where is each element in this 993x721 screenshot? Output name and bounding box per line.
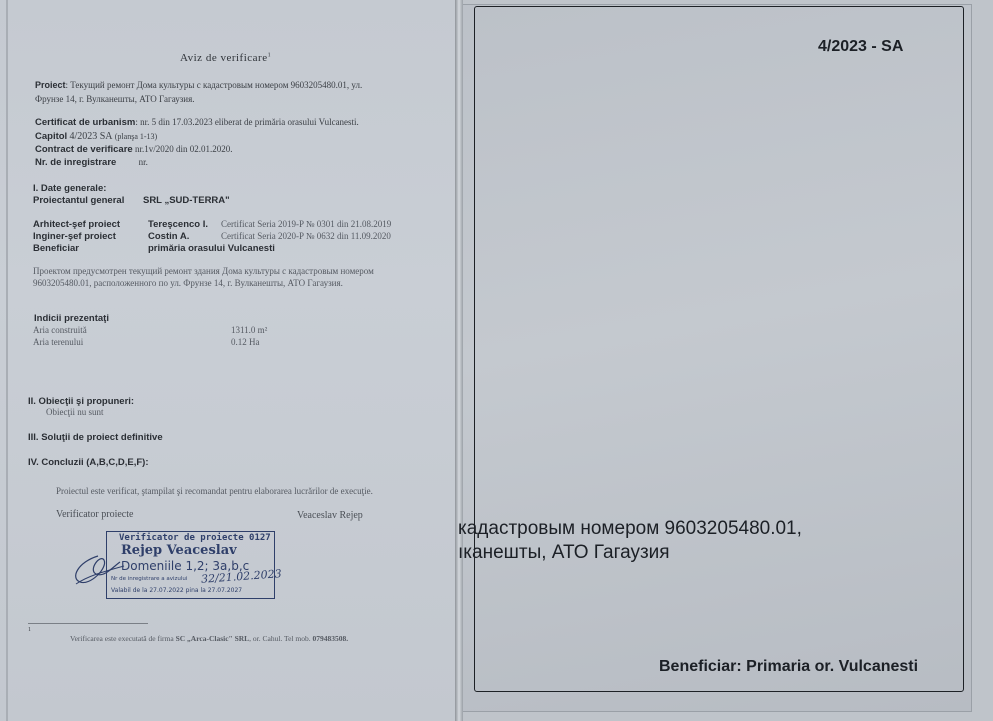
footnote-text: Verificarea este executată de firma SC „…	[70, 634, 348, 643]
obiectii-text: Obiecţii nu sunt	[46, 407, 104, 417]
nr-inregistrare: Nr. de inregistrare nr.	[35, 157, 148, 168]
cover-ru-line1: кадастровым номером 9603205480.01,	[458, 518, 802, 540]
verifier-stamp: Verificator de proiecte 0127 Rejep Veace…	[106, 531, 275, 599]
footnote-mark: 1	[28, 627, 31, 633]
arhitect-label: Arhitect-şef proiect	[33, 219, 120, 230]
concluzii-heading: IV. Concluzii (A,B,C,D,E,F):	[28, 457, 149, 468]
concluzii-text: Proiectul este verificat, ştampilat şi r…	[56, 486, 373, 496]
proiect-label: Proiect	[35, 80, 66, 90]
project-code: 4/2023 - SA	[818, 38, 903, 56]
description-line2: 9603205480.01, расположенного по ул. Фру…	[33, 278, 343, 288]
aria-terenului-value: 0.12 Ha	[231, 337, 260, 347]
beneficiar-label: Beneficiar	[33, 243, 79, 254]
indicii-heading: Indicii prezentaţi	[34, 313, 109, 324]
aria-construita-value: 1311.0 m²	[231, 325, 267, 335]
verificator-name: Veaceslav Rejep	[297, 510, 363, 521]
description-line1: Проектом предусмотрен текущий ремонт зда…	[33, 266, 374, 276]
inginer-cert: Certificat Seria 2020-P № 0632 din 11.09…	[221, 231, 391, 241]
date-generale-heading: I. Date generale:	[33, 183, 106, 194]
aria-construita-label: Aria construită	[33, 325, 87, 335]
left-page-aviz: Aviz de verificare1 Proiect: Текущий рем…	[0, 0, 458, 721]
inginer-label: Inginer-şef proiect	[33, 231, 116, 242]
cover-frame-border	[474, 6, 964, 692]
cover-ru-line2: ıканешты, АТО Гагаузия	[458, 542, 670, 564]
aria-terenului-label: Aria terenului	[33, 337, 83, 347]
footnote-divider	[28, 623, 148, 624]
proiect-value-line2: Фрунзе 14, г. Вулканешты, АТО Гагаузия.	[35, 94, 195, 104]
contract-verificare: Contract de verificare nr.1v/2020 din 02…	[35, 144, 232, 155]
document-title: Aviz de verificare1	[180, 52, 271, 64]
arhitect-cert: Certificat Seria 2019-P № 0301 din 21.08…	[221, 219, 391, 229]
proiect-field: Proiect: Текущий ремонт Дома культуры с …	[35, 80, 362, 90]
certificat-urbanism: Certificat de urbanism: nr. 5 din 17.03.…	[35, 117, 359, 128]
beneficiar-name: primăria orasului Vulcanesti	[148, 243, 275, 254]
verificator-role: Verificator proiecte	[56, 509, 133, 520]
proiectant-general: Proiectantul general SRL „SUD-TERRA"	[33, 195, 230, 206]
capitol-field: Capitol 4/2023 SA (planşa 1-13)	[35, 131, 157, 142]
solutii-heading: III. Soluţii de proiect definitive	[28, 432, 163, 443]
inginer-name: Costin A.	[148, 231, 189, 242]
binding-spine	[455, 0, 463, 721]
obiectii-heading: II. Obiecţii şi propuneri:	[28, 396, 134, 407]
arhitect-name: Tereşcenco I.	[148, 219, 208, 230]
cover-beneficiar: Beneficiar: Primaria or. Vulcanesti	[659, 658, 918, 676]
